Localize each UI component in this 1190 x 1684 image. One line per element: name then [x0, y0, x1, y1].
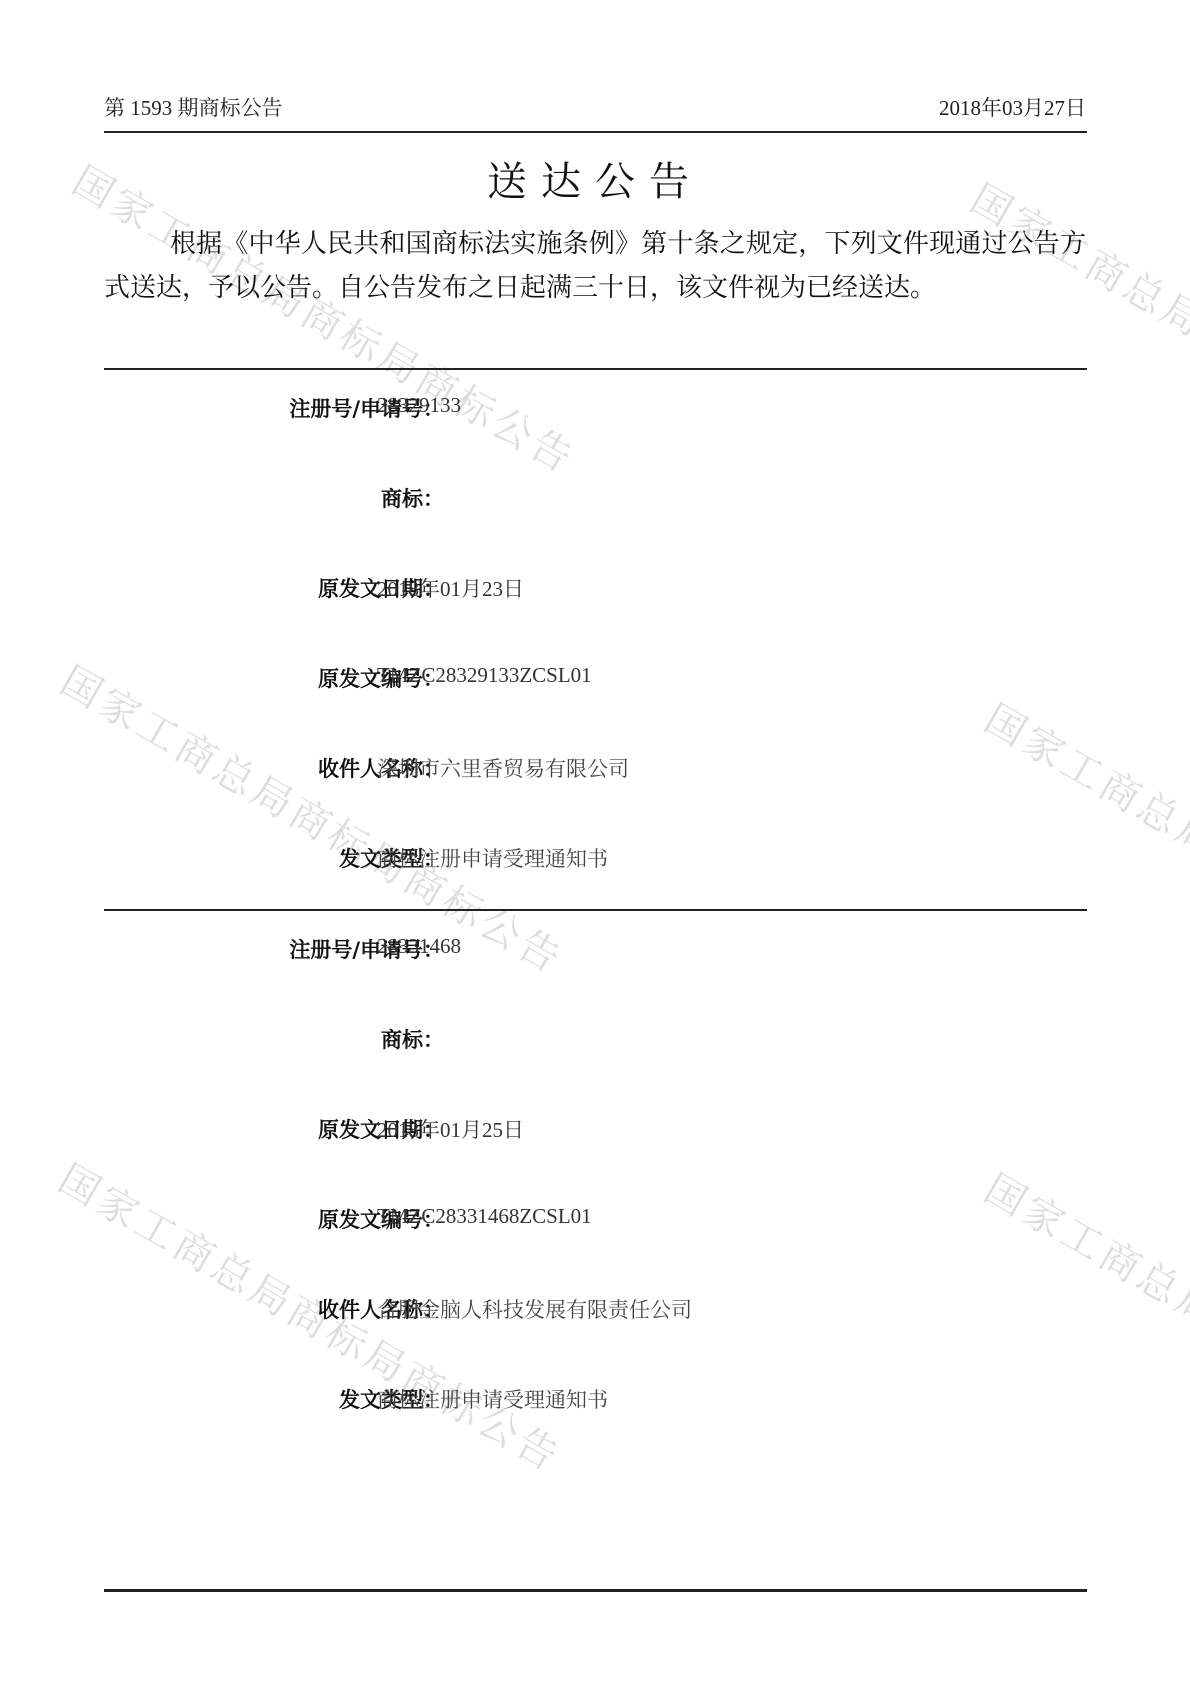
issue-date: 2018年03月27日 [939, 92, 1086, 122]
orig-date-value: 2018年01月23日 [377, 573, 524, 603]
field-doc-type: 发文类型： 商标注册申请受理通知书 [104, 1384, 1086, 1424]
field-recipient: 收件人名称： 合肥金脑人科技发展有限责任公司 [104, 1294, 1086, 1334]
orig-date-value: 2018年01月25日 [377, 1114, 524, 1144]
field-reg-no: 注册号/申请号： 28329133 [104, 393, 1086, 433]
doc-type-value: 商标注册申请受理通知书 [377, 843, 608, 873]
field-orig-date: 原发文日期： 2018年01月23日 [104, 573, 1086, 613]
field-reg-no: 注册号/申请号： 28331468 [104, 934, 1086, 974]
field-orig-date: 原发文日期： 2018年01月25日 [104, 1114, 1086, 1154]
header-divider [104, 131, 1087, 133]
section-divider [104, 368, 1087, 370]
field-label: 商标： [381, 1024, 444, 1054]
issue-number: 第 1593 期商标公告 [104, 92, 283, 122]
reg-no-value: 28329133 [377, 393, 461, 418]
field-trademark: 商标： [104, 1024, 1086, 1064]
field-label: 商标： [381, 483, 444, 513]
reg-no-value: 28331468 [377, 934, 461, 959]
intro-paragraph: 根据《中华人民共和国商标法实施条例》第十条之规定，下列文件现通过公告方式送达，予… [104, 222, 1086, 310]
recipient-value: 深圳市六里香贸易有限公司 [377, 753, 629, 783]
footer-divider [104, 1589, 1087, 1592]
field-recipient: 收件人名称： 深圳市六里香贸易有限公司 [104, 753, 1086, 793]
field-trademark: 商标： [104, 483, 1086, 523]
field-orig-no: 原发文编号： TMZC28329133ZCSL01 [104, 663, 1086, 703]
record-divider [104, 909, 1087, 911]
orig-no-value: TMZC28331468ZCSL01 [377, 1204, 592, 1229]
field-orig-no: 原发文编号： TMZC28331468ZCSL01 [104, 1204, 1086, 1244]
orig-no-value: TMZC28329133ZCSL01 [377, 663, 592, 688]
page-header: 第 1593 期商标公告 2018年03月27日 [104, 92, 1086, 132]
page-title: 送达公告 [0, 150, 1190, 207]
doc-type-value: 商标注册申请受理通知书 [377, 1384, 608, 1414]
recipient-value: 合肥金脑人科技发展有限责任公司 [377, 1294, 692, 1324]
watermark: 国家工商总局商标局商标公告 [962, 168, 1190, 503]
field-doc-type: 发文类型： 商标注册申请受理通知书 [104, 843, 1086, 883]
